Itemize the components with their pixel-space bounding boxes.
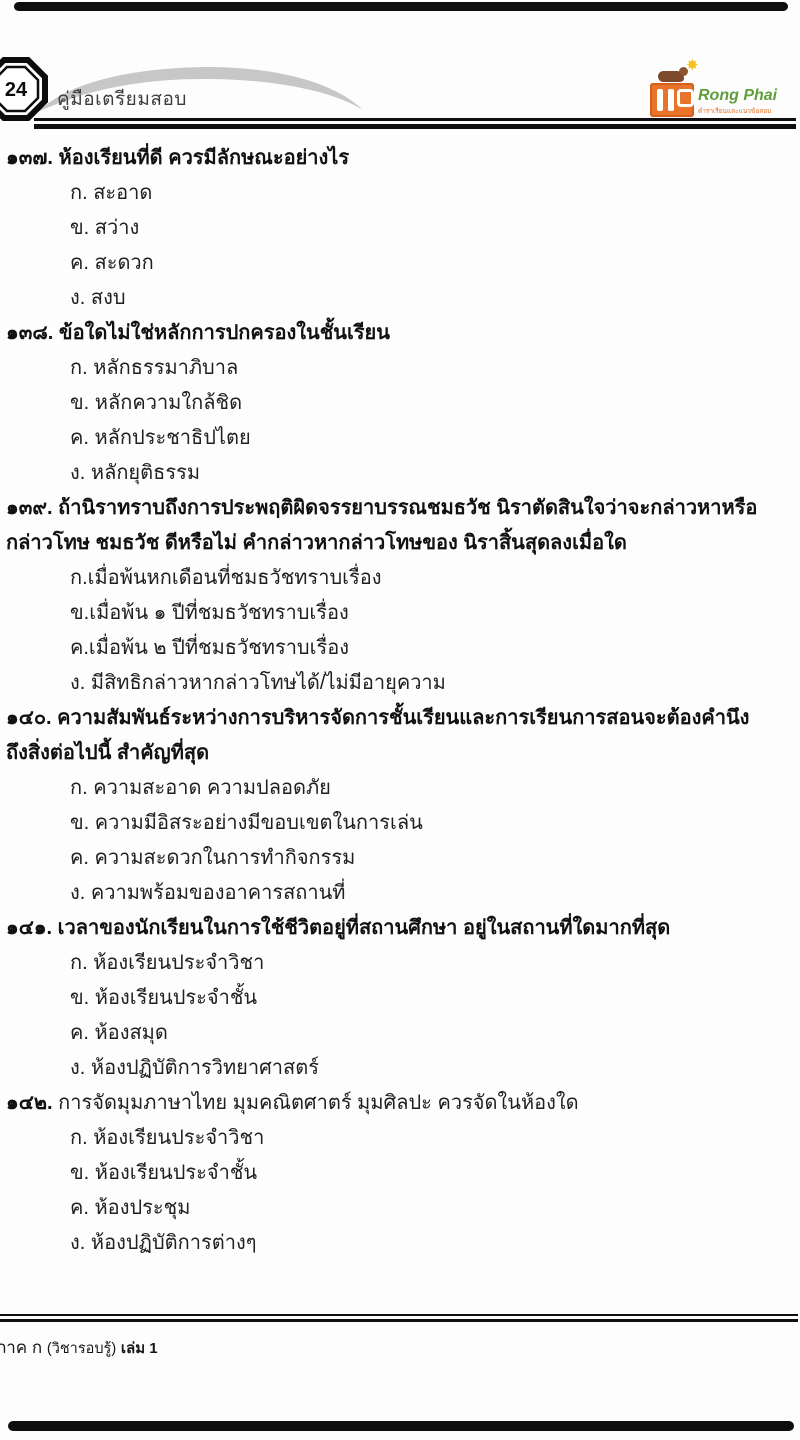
question-number: ๑๓๙. xyxy=(6,497,53,519)
question-text: ถ้านิราทราบถึงการประพฤติผิดจรรยาบรรณชมธว… xyxy=(6,497,757,554)
choice-option: ค. ความสะดวกในการทำกิจกรรม xyxy=(6,841,758,876)
choice-option: ก. ความสะอาด ความปลอดภัย xyxy=(6,771,758,806)
logo-mascot-icon xyxy=(658,71,684,82)
choice-option: ง. สงบ xyxy=(6,281,758,316)
question-text: ห้องเรียนที่ดี ควรมีลักษณะอย่างไร xyxy=(59,147,350,169)
header-title: คู่มือเตรียมสอบ xyxy=(57,84,187,114)
question-number: ๑๔๑. xyxy=(6,917,52,939)
publisher-logo-box-icon xyxy=(650,83,694,117)
choice-option: ง. มีสิทธิกล่าวหากล่าวโทษได้/ไม่มีอายุคว… xyxy=(6,666,758,701)
choice-option: ก.เมื่อพ้นหกเดือนที่ชมธวัชทราบเรื่อง xyxy=(6,561,758,596)
question-header: ๑๔๒. การจัดมุมภาษาไทย มุมคณิตศาตร์ มุมศิ… xyxy=(6,1086,758,1121)
choice-option: ข. ห้องเรียนประจำชั้น xyxy=(6,1156,758,1191)
question-item-140: ๑๔๐. ความสัมพันธ์ระหว่างการบริหารจัดการช… xyxy=(6,701,758,911)
question-header: ๑๓๘. ข้อใดไม่ใช่หลักการปกครองในชั้นเรียน xyxy=(6,316,758,351)
footer-part: ภาค ก xyxy=(0,1338,42,1357)
publisher-brand-name: Rong Phai xyxy=(698,87,792,105)
choice-option: ง. ความพร้อมของอาคารสถานที่ xyxy=(6,876,758,911)
page-number-badge: 24 xyxy=(0,57,48,121)
question-text: ข้อใดไม่ใช่หลักการปกครองในชั้นเรียน xyxy=(59,322,390,344)
question-number: ๑๔๐. xyxy=(6,707,52,729)
question-header: ๑๔๑. เวลาของนักเรียนในการใช้ชีวิตอยู่ที่… xyxy=(6,911,758,946)
choice-option: ข. ความมีอิสระอย่างมีขอบเขตในการเล่น xyxy=(6,806,758,841)
header-double-rule xyxy=(34,118,796,129)
page-number: 24 xyxy=(5,79,28,101)
choice-option: ข. หลักความใกล้ชิด xyxy=(6,386,758,421)
bottom-border-bar xyxy=(8,1421,794,1431)
publisher-logo-text: Rong Phai ตำราเรียนและแนวข้อสอบ xyxy=(698,87,792,116)
question-item-137: ๑๓๗. ห้องเรียนที่ดี ควรมีลักษณะอย่างไร ก… xyxy=(6,141,758,316)
question-header: ๑๓๙. ถ้านิราทราบถึงการประพฤติผิดจรรยาบรร… xyxy=(6,491,758,561)
question-item-142: ๑๔๒. การจัดมุมภาษาไทย มุมคณิตศาตร์ มุมศิ… xyxy=(6,1086,758,1261)
question-header: ๑๔๐. ความสัมพันธ์ระหว่างการบริหารจัดการช… xyxy=(6,701,758,771)
choice-option: ค.เมื่อพ้น ๒ ปีที่ชมธวัชทราบเรื่อง xyxy=(6,631,758,666)
footer-text: ภาค ก (วิชารอบรู้) เล่ม 1 xyxy=(0,1334,158,1361)
choice-option: ง. ห้องปฏิบัติการวิทยาศาสตร์ xyxy=(6,1051,758,1086)
question-item-138: ๑๓๘. ข้อใดไม่ใช่หลักการปกครองในชั้นเรียน… xyxy=(6,316,758,491)
choice-option: ง. หลักยุติธรรม xyxy=(6,456,758,491)
page-header: 24 คู่มือเตรียมสอบ ✸ Rong Phai ตำราเรียน… xyxy=(0,0,800,135)
question-item-141: ๑๔๑. เวลาของนักเรียนในการใช้ชีวิตอยู่ที่… xyxy=(6,911,758,1086)
choice-option: ข.เมื่อพ้น ๑ ปีที่ชมธวัชทราบเรื่อง xyxy=(6,596,758,631)
choice-option: ก. สะอาด xyxy=(6,176,758,211)
book-page: 24 คู่มือเตรียมสอบ ✸ Rong Phai ตำราเรียน… xyxy=(0,0,800,1440)
choice-option: ก. ห้องเรียนประจำวิชา xyxy=(6,946,758,981)
footer-double-rule xyxy=(0,1314,798,1322)
footer-subject: (วิชารอบรู้) xyxy=(47,1341,116,1357)
question-item-139: ๑๓๙. ถ้านิราทราบถึงการประพฤติผิดจรรยาบรร… xyxy=(6,491,758,701)
question-text: การจัดมุมภาษาไทย มุมคณิตศาตร์ มุมศิลปะ ค… xyxy=(58,1092,579,1114)
question-text: ความสัมพันธ์ระหว่างการบริหารจัดการชั้นเร… xyxy=(6,707,749,764)
publisher-logo: ✸ Rong Phai ตำราเรียนและแนวข้อสอบ xyxy=(650,60,792,118)
choice-option: ค. ห้องสมุด xyxy=(6,1016,758,1051)
choice-option: ค. หลักประชาธิปไตย xyxy=(6,421,758,456)
questions-list: ๑๓๗. ห้องเรียนที่ดี ควรมีลักษณะอย่างไร ก… xyxy=(6,141,758,1261)
choice-option: ข. สว่าง xyxy=(6,211,758,246)
question-number: ๑๔๒. xyxy=(6,1092,53,1114)
choice-option: ข. ห้องเรียนประจำชั้น xyxy=(6,981,758,1016)
question-text: เวลาของนักเรียนในการใช้ชีวิตอยู่ที่สถานศ… xyxy=(58,917,671,939)
choice-option: ค. สะดวก xyxy=(6,246,758,281)
footer-volume: เล่ม 1 xyxy=(121,1340,158,1357)
question-number: ๑๓๗. xyxy=(6,147,53,169)
choice-option: ก. หลักธรรมาภิบาล xyxy=(6,351,758,386)
publisher-tagline: ตำราเรียนและแนวข้อสอบ xyxy=(698,106,792,116)
choice-option: ง. ห้องปฏิบัติการต่างๆ xyxy=(6,1226,758,1261)
choice-option: ค. ห้องประชุม xyxy=(6,1191,758,1226)
question-number: ๑๓๘. xyxy=(6,322,53,344)
question-header: ๑๓๗. ห้องเรียนที่ดี ควรมีลักษณะอย่างไร xyxy=(6,141,758,176)
logo-sparkle-icon: ✸ xyxy=(686,58,699,73)
choice-option: ก. ห้องเรียนประจำวิชา xyxy=(6,1121,758,1156)
